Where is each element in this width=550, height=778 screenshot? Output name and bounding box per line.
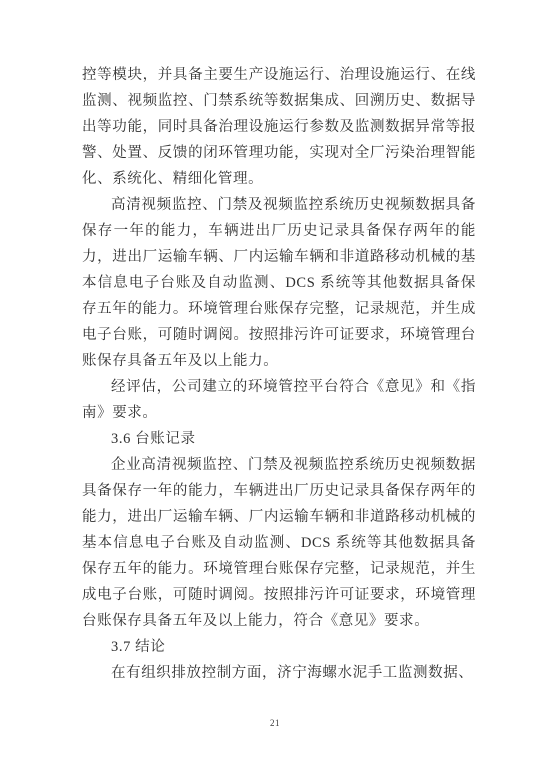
document-body: 控等模块，并具备主要生产设施运行、治理设施运行、在线监测、视频监控、门禁系统等数… [82, 62, 476, 686]
paragraph-organized-emission: 在有组织排放控制方面，济宁海螺水泥手工监测数据、 [82, 660, 476, 686]
paragraph-data-retention: 高清视频监控、门禁及视频监控系统历史视频数据具备保存一年的能力，车辆进出厂历史记… [82, 192, 476, 374]
page-number: 21 [0, 717, 550, 730]
heading-3-7-conclusion: 3.7 结论 [82, 634, 476, 660]
document-page: 控等模块，并具备主要生产设施运行、治理设施运行、在线监测、视频监控、门禁系统等数… [0, 0, 550, 778]
paragraph-ledger-retention: 企业高清视频监控、门禁及视频监控系统历史视频数据具备保存一年的能力，车辆进出厂历… [82, 452, 476, 634]
heading-3-6-ledger-records: 3.6 台账记录 [82, 426, 476, 452]
paragraph-platform-modules: 控等模块，并具备主要生产设施运行、治理设施运行、在线监测、视频监控、门禁系统等数… [82, 62, 476, 192]
paragraph-evaluation-conclusion: 经评估，公司建立的环境管控平台符合《意见》和《指南》要求。 [82, 374, 476, 426]
